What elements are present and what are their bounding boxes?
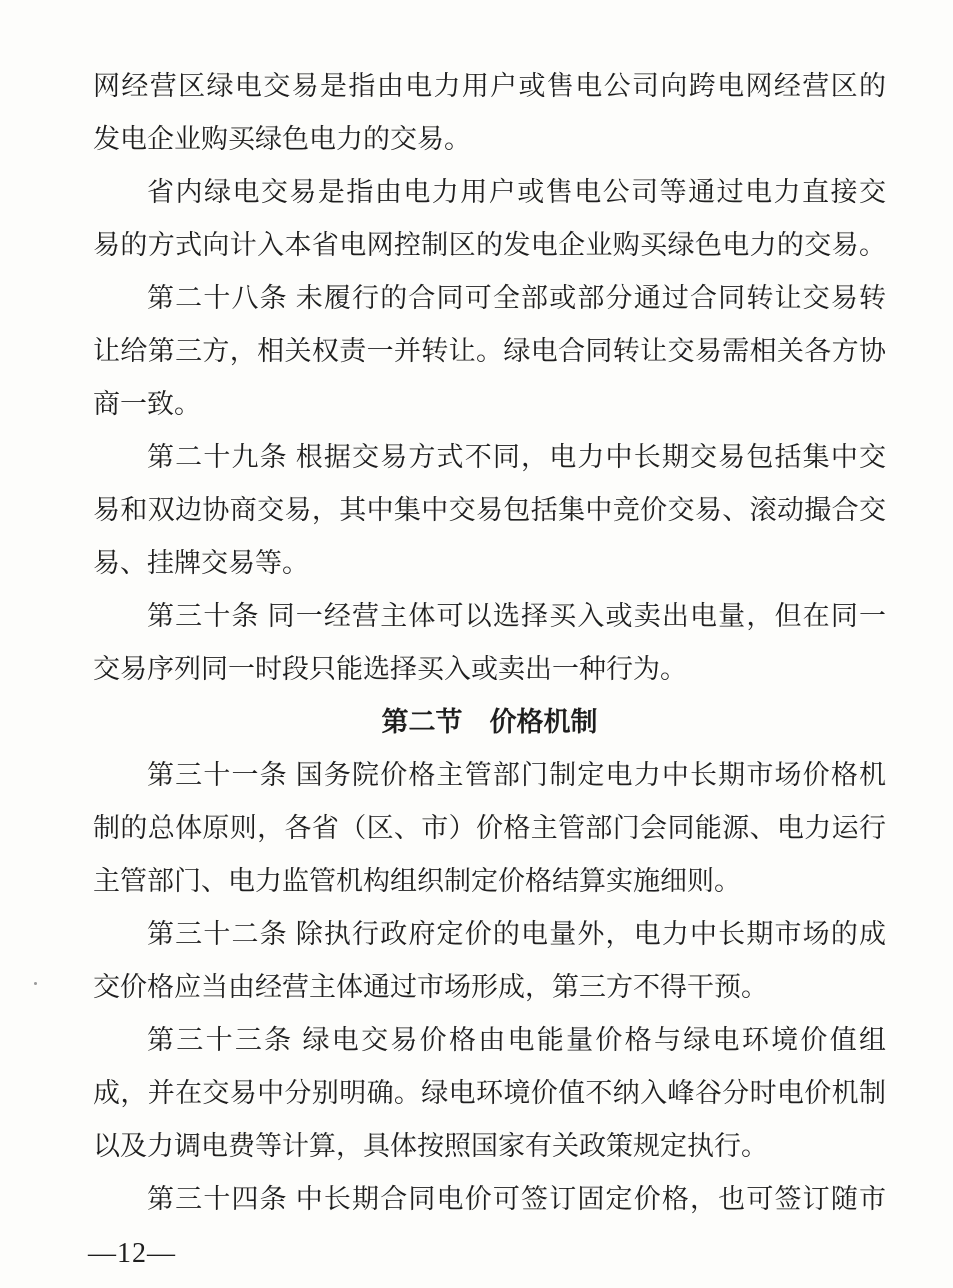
text-line: 以及力调电费等计算，具体按照国家有关政策规定执行。	[93, 1120, 886, 1173]
text-line: 省内绿电交易是指由电力用户或售电公司等通过电力直接交	[93, 166, 886, 219]
text-line: 交易序列同一时段只能选择买入或卖出一种行为。	[93, 643, 886, 696]
text-line: 易和双边协商交易，其中集中交易包括集中竞价交易、滚动撮合交	[93, 484, 886, 537]
text-line: 制的总体原则，各省（区、市）价格主管部门会同能源、电力运行	[93, 802, 886, 855]
scan-speck	[34, 982, 37, 985]
text-line: 第三十条 同一经营主体可以选择买入或卖出电量，但在同一	[93, 590, 886, 643]
text-line: 易的方式向计入本省电网控制区的发电企业购买绿色电力的交易。	[93, 219, 886, 272]
text-line: 交价格应当由经营主体通过市场形成，第三方不得干预。	[93, 961, 886, 1014]
text-line: 易、挂牌交易等。	[93, 537, 886, 590]
document-page: 网经营区绿电交易是指由电力用户或售电公司向跨电网经营区的发电企业购买绿色电力的交…	[0, 0, 953, 1288]
text-line: 第三十一条 国务院价格主管部门制定电力中长期市场价格机	[93, 749, 886, 802]
text-line: 让给第三方，相关权责一并转让。绿电合同转让交易需相关各方协	[93, 325, 886, 378]
section-heading: 第二节 价格机制	[93, 696, 886, 749]
text-line: 第三十三条 绿电交易价格由电能量价格与绿电环境价值组	[93, 1014, 886, 1067]
text-line: 成，并在交易中分别明确。绿电环境价值不纳入峰谷分时电价机制	[93, 1067, 886, 1120]
text-line: 商一致。	[93, 378, 886, 431]
text-line: 发电企业购买绿色电力的交易。	[93, 113, 886, 166]
text-line: 主管部门、电力监管机构组织制定价格结算实施细则。	[93, 855, 886, 908]
text-line: 第二十九条 根据交易方式不同，电力中长期交易包括集中交	[93, 431, 886, 484]
text-line: 第三十四条 中长期合同电价可签订固定价格，也可签订随市	[93, 1173, 886, 1226]
text-line: 第二十八条 未履行的合同可全部或部分通过合同转让交易转	[93, 272, 886, 325]
text-column: 网经营区绿电交易是指由电力用户或售电公司向跨电网经营区的发电企业购买绿色电力的交…	[93, 60, 886, 1226]
page-number: —12—	[88, 1236, 176, 1272]
text-line: 第三十二条 除执行政府定价的电量外，电力中长期市场的成	[93, 908, 886, 961]
text-line: 网经营区绿电交易是指由电力用户或售电公司向跨电网经营区的	[93, 60, 886, 113]
